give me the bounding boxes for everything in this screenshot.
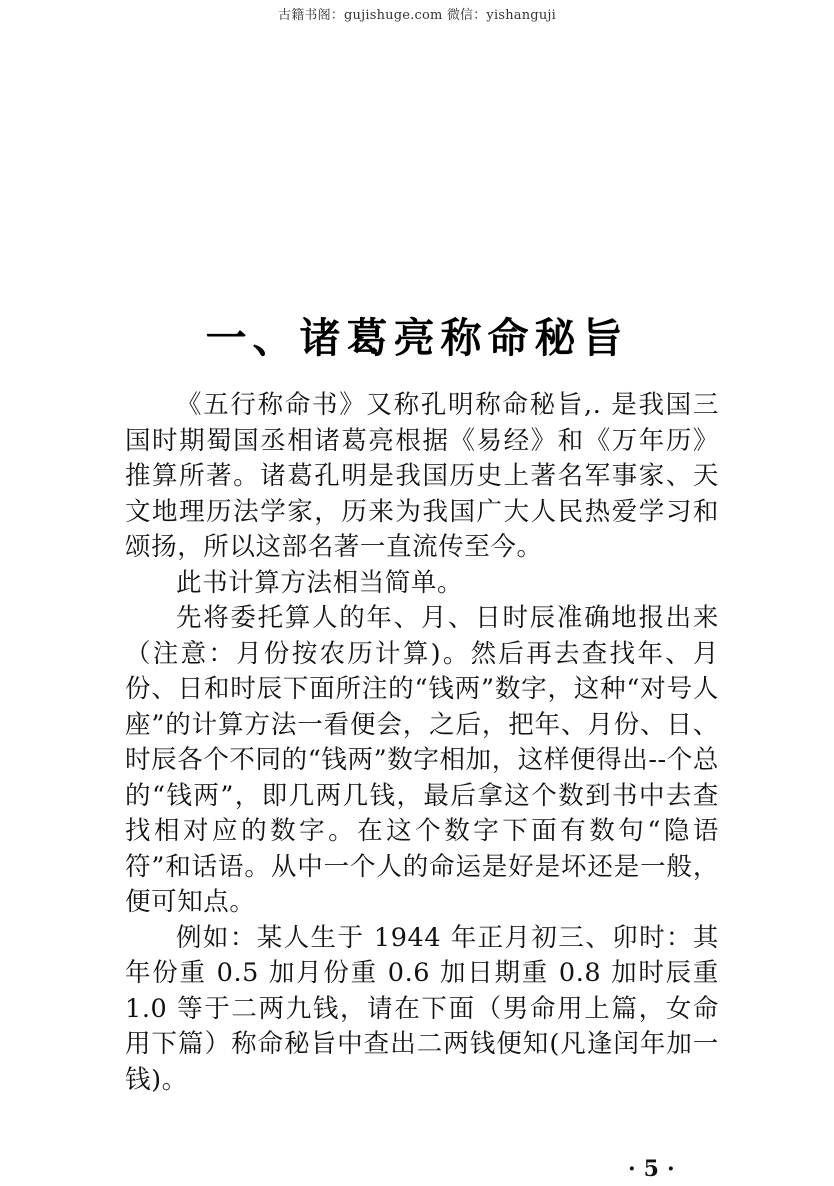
paragraph-intro: 《五行称命书》又称孔明称命秘旨,. 是我国三国时期蜀国丞相诸葛亮根据《易经》和《… [125, 388, 719, 566]
body-text: 《五行称命书》又称孔明称命秘旨,. 是我国三国时期蜀国丞相诸葛亮根据《易经》和《… [125, 388, 719, 1098]
paragraph-example: 例如：某人生于 1944 年正月初三、卯时：其年份重 0.5 加月份重 0.6 … [125, 921, 719, 1099]
paragraph-method-steps: 先将委托算人的年、月、日时辰准确地报出来（注意：月份按农历计算)。然后再去查找年… [125, 601, 719, 921]
chapter-title: 一、诸葛亮称命秘旨 [0, 305, 834, 364]
paragraph-method-simple: 此书计算方法相当简单。 [125, 566, 719, 602]
page-number: ·5· [628, 1156, 683, 1182]
watermark-header: 古籍书阁：gujishuge.com 微信：yishanguji [0, 4, 834, 23]
